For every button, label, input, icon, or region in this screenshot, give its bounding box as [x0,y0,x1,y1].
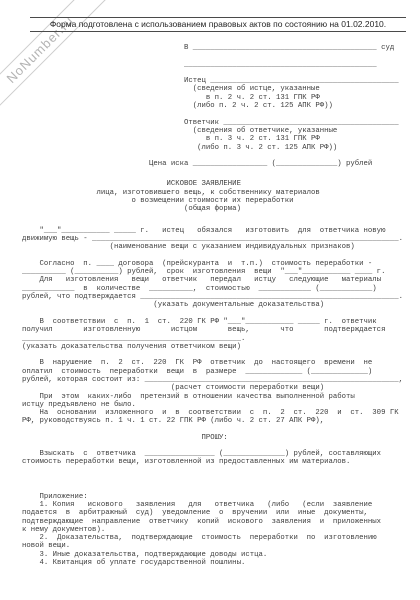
court-and-parties-block: В ______________________________________… [22,44,420,168]
request-block: Взыскать с ответчика ________________ (_… [22,450,420,467]
request-heading: ПРОШУ: [22,434,420,442]
document-page: NoNumber.ru Форма подготовлена с использ… [0,0,420,600]
attachments-block: Приложение: 1. Копия искового заявления … [22,493,420,568]
header-notice: Форма подготовлена с использованием прав… [30,17,406,32]
document-content: В ______________________________________… [22,44,420,567]
document-body: "___"___________ _____ г. истец обязался… [22,227,420,426]
document-title: ИСКОВОЕ ЗАЯВЛЕНИЕ лица, изготовившего ве… [22,180,420,213]
